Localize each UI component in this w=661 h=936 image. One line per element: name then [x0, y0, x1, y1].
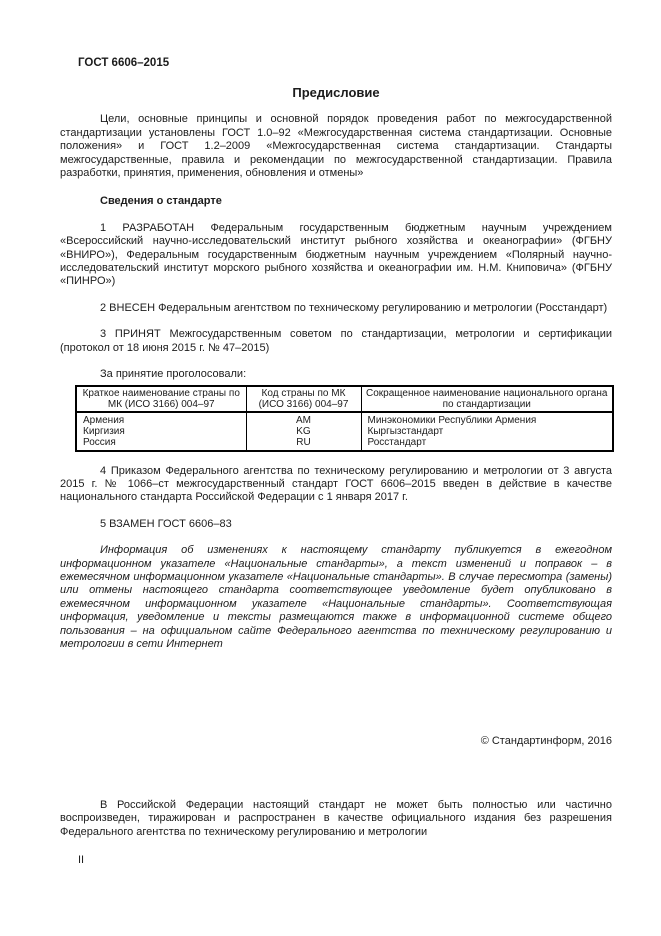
- vote-label: За принятие проголосовали:: [60, 368, 612, 381]
- section-heading: Сведения о стандарте: [100, 195, 612, 208]
- col-header-code: Код страны по МК (ИСО 3166) 004–97: [246, 386, 361, 412]
- cell-country: Киргизия: [76, 426, 246, 437]
- restriction-paragraph: В Российской Федерации настоящий стандар…: [60, 799, 612, 839]
- col-header-body: Сокращенное наименование национального о…: [361, 386, 613, 412]
- amendments-notice: Информация об изменениях к настоящему ст…: [60, 544, 612, 651]
- clause-3-adopted: 3 ПРИНЯТ Межгосударственным советом по с…: [60, 328, 612, 355]
- cell-body: Росстандарт: [361, 437, 613, 451]
- cell-body: Кыргызстандарт: [361, 426, 613, 437]
- col-header-country: Краткое наименование страны по МК (ИСО 3…: [76, 386, 246, 412]
- table-row: Киргизия KG Кыргызстандарт: [76, 426, 613, 437]
- page-number: II: [78, 854, 84, 867]
- clause-4-enacted: 4 Приказом Федерального агентства по тех…: [60, 465, 612, 505]
- document-page: ГОСТ 6606–2015 Предисловие Цели, основны…: [0, 0, 661, 936]
- table-header-row: Краткое наименование страны по МК (ИСО 3…: [76, 386, 613, 412]
- cell-country: Россия: [76, 437, 246, 451]
- cell-country: Армения: [76, 412, 246, 426]
- cell-code: RU: [246, 437, 361, 451]
- cell-code: KG: [246, 426, 361, 437]
- page-title: Предисловие: [60, 85, 612, 100]
- copyright-line: © Стандартинформ, 2016: [481, 735, 612, 748]
- table-row: Россия RU Росстандарт: [76, 437, 613, 451]
- table-row: Армения AM Минэкономики Республики Армен…: [76, 412, 613, 426]
- cell-body: Минэкономики Республики Армения: [361, 412, 613, 426]
- clause-5-replaces: 5 ВЗАМЕН ГОСТ 6606–83: [60, 518, 612, 531]
- cell-code: AM: [246, 412, 361, 426]
- clause-2-submitted: 2 ВНЕСЕН Федеральным агентством по техни…: [60, 302, 612, 315]
- clause-1-developed: 1 РАЗРАБОТАН Федеральным государственным…: [60, 222, 612, 289]
- intro-paragraph: Цели, основные принципы и основной поряд…: [60, 113, 612, 180]
- doc-code: ГОСТ 6606–2015: [78, 57, 612, 70]
- voting-table: Краткое наименование страны по МК (ИСО 3…: [75, 385, 614, 452]
